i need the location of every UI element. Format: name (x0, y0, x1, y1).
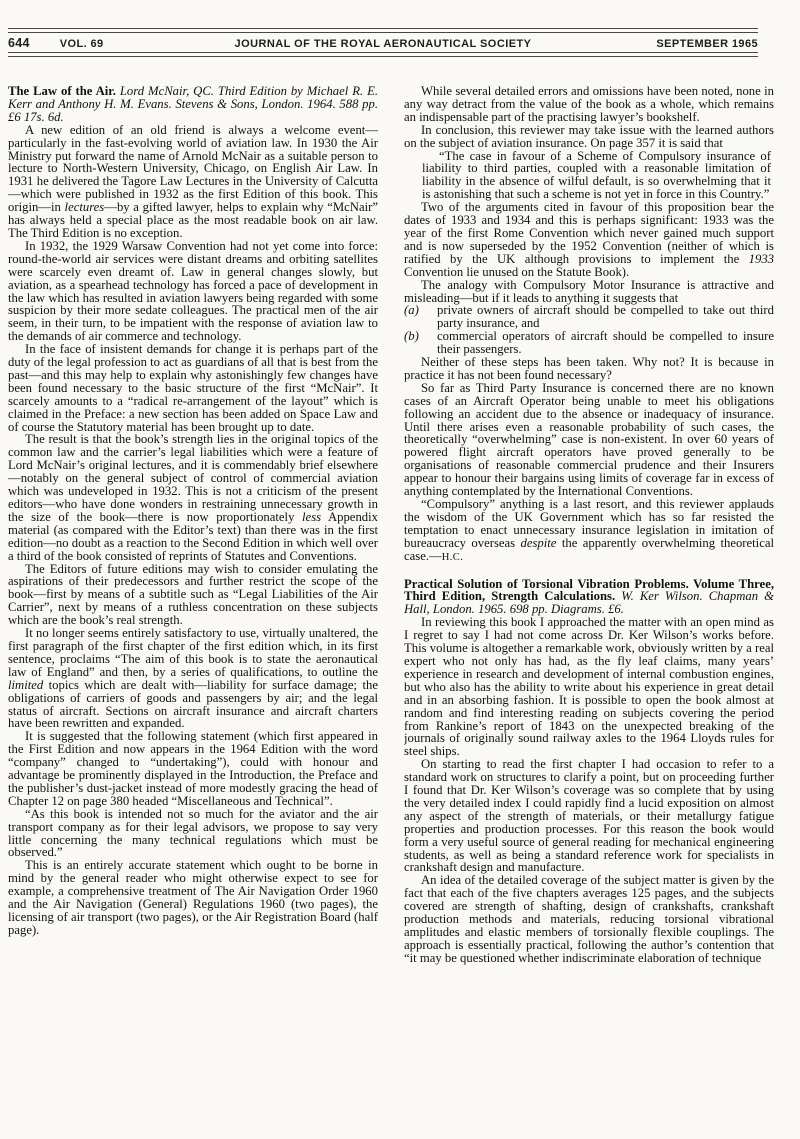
review-quote: “The case in favour of a Scheme of Compu… (422, 150, 771, 202)
review-paragraph: This is an entirely accurate statement w… (8, 859, 378, 936)
right-column: While several detailed errors and omissi… (404, 85, 774, 1105)
list-item-label: (a) (404, 304, 437, 317)
review-paragraph: The result is that the book’s strength l… (8, 433, 378, 562)
review-paragraph: An idea of the detailed coverage of the … (404, 874, 774, 964)
list-item-text: commercial operators of aircraft should … (437, 329, 774, 356)
review-paragraph: The analogy with Compulsory Motor Insura… (404, 279, 774, 305)
review-paragraph: “Compulsory” anything is a last resort, … (404, 498, 774, 565)
review1-heading: The Law of the Air. Lord McNair, QC. Thi… (8, 85, 378, 124)
list-item-label: (b) (404, 330, 437, 343)
issue-date: SEPTEMBER 1965 (573, 38, 758, 50)
header-left: 644 VOL. 69 (8, 36, 193, 50)
review-paragraph: In the face of insistent demands for cha… (8, 343, 378, 433)
content-columns: The Law of the Air. Lord McNair, QC. Thi… (8, 85, 774, 1105)
list-item: (b)commercial operators of aircraft shou… (404, 330, 774, 356)
review-paragraph: While several detailed errors and omissi… (404, 85, 774, 124)
review-paragraph: In 1932, the 1929 Warsaw Convention had … (8, 240, 378, 343)
volume-label: VOL. 69 (60, 38, 104, 50)
review-paragraph: Two of the arguments cited in favour of … (404, 201, 774, 278)
header-top-rule (8, 28, 758, 33)
header-bottom-rule (8, 52, 758, 57)
review-paragraph: Neither of these steps has been taken. W… (404, 356, 774, 382)
list-item: (a)private owners of aircraft should be … (404, 304, 774, 330)
review2-heading: Practical Solution of Torsional Vibratio… (404, 578, 774, 617)
review-paragraph: So far as Third Party Insurance is conce… (404, 382, 774, 498)
review-paragraph: In conclusion, this reviewer may take is… (404, 124, 774, 150)
left-column: The Law of the Air. Lord McNair, QC. Thi… (8, 85, 378, 1105)
page-number: 644 (8, 36, 30, 50)
page-header: 644 VOL. 69 JOURNAL OF THE ROYAL AERONAU… (8, 28, 758, 57)
review-paragraph: The Editors of future editions may wish … (8, 563, 378, 628)
review-paragraph: On starting to read the first chapter I … (404, 758, 774, 874)
journal-page: 644 VOL. 69 JOURNAL OF THE ROYAL AERONAU… (0, 0, 800, 1139)
review-paragraph: In reviewing this book I approached the … (404, 616, 774, 758)
header-row: 644 VOL. 69 JOURNAL OF THE ROYAL AERONAU… (8, 36, 758, 50)
list-item-text: private owners of aircraft should be com… (437, 303, 774, 330)
journal-title: JOURNAL OF THE ROYAL AERONAUTICAL SOCIET… (193, 38, 573, 50)
review-paragraph: A new edition of an old friend is always… (8, 124, 378, 240)
review-paragraph: It is suggested that the following state… (8, 730, 378, 807)
review-paragraph: “As this book is intended not so much fo… (8, 808, 378, 860)
review-paragraph: It no longer seems entirely satisfactory… (8, 627, 378, 730)
